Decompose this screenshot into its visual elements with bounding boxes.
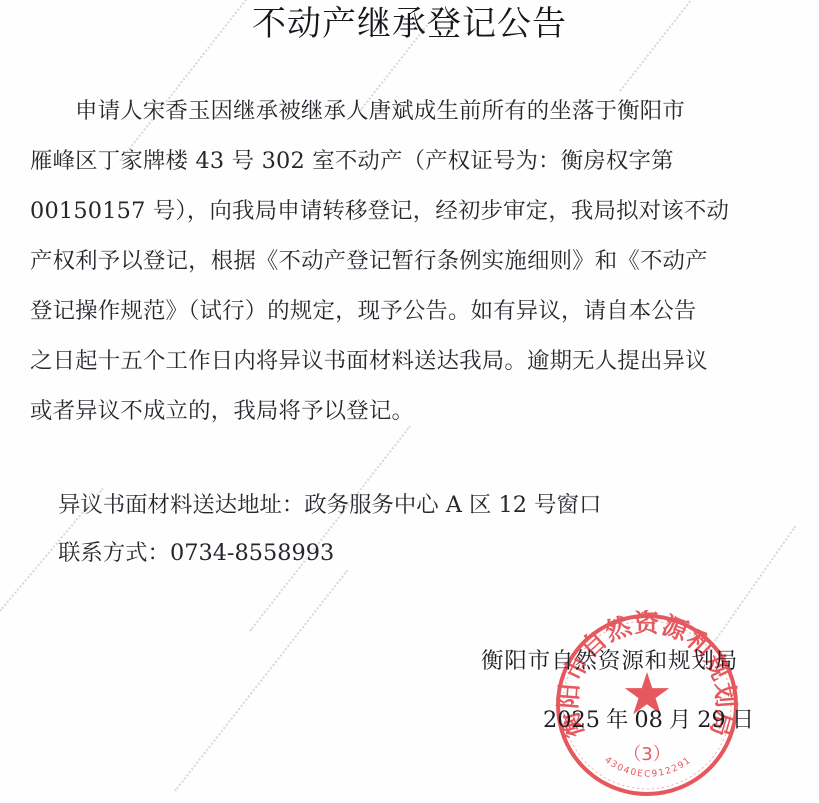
notice-body: 申请人宋香玉因继承被继承人唐斌成生前所有的坐落于衡阳市 雁峰区丁家牌楼 43 号… [30, 86, 792, 436]
watermark-line [174, 570, 348, 792]
date-day-unit: 日 [732, 707, 754, 733]
contact-info: 联系方式：0734-8558993 [58, 538, 334, 568]
date-year: 2025 [543, 707, 600, 733]
issue-date: 2025年08月29日 [543, 705, 760, 735]
seal-number: （3） [623, 744, 670, 765]
objection-address: 异议书面材料送达地址：政务服务中心 A 区 12 号窗口 [58, 490, 601, 520]
watermark-line [249, 426, 411, 632]
issuing-organization: 衡阳市自然资源和规划局 [481, 646, 738, 676]
date-month: 08 [634, 707, 663, 733]
date-month-unit: 月 [669, 707, 691, 733]
body-line: 产权利予以登记，根据《不动产登记暂行条例实施细则》和《不动产 [30, 236, 792, 286]
body-line: 登记操作规范》（试行）的规定，现予公告。如有异议，请自本公告 [30, 286, 792, 336]
body-line: 00150157 号），向我局申请转移登记，经初步审定，我局拟对该不动 [30, 186, 792, 236]
body-line: 雁峰区丁家牌楼 43 号 302 室不动产（产权证号为：衡房权字第 [30, 136, 792, 186]
body-line: 或者异议不成立的，我局将予以登记。 [30, 386, 792, 436]
body-line: 之日起十五个工作日内将异议书面材料送达我局。逾期无人提出异议 [30, 336, 792, 386]
notice-title: 不动产继承登记公告 [0, 2, 819, 46]
contact-label: 联系方式： [58, 540, 170, 566]
date-day: 29 [697, 707, 726, 733]
notice-page: 不动产继承登记公告 申请人宋香玉因继承被继承人唐斌成生前所有的坐落于衡阳市 雁峰… [0, 0, 819, 803]
date-year-unit: 年 [606, 707, 628, 733]
